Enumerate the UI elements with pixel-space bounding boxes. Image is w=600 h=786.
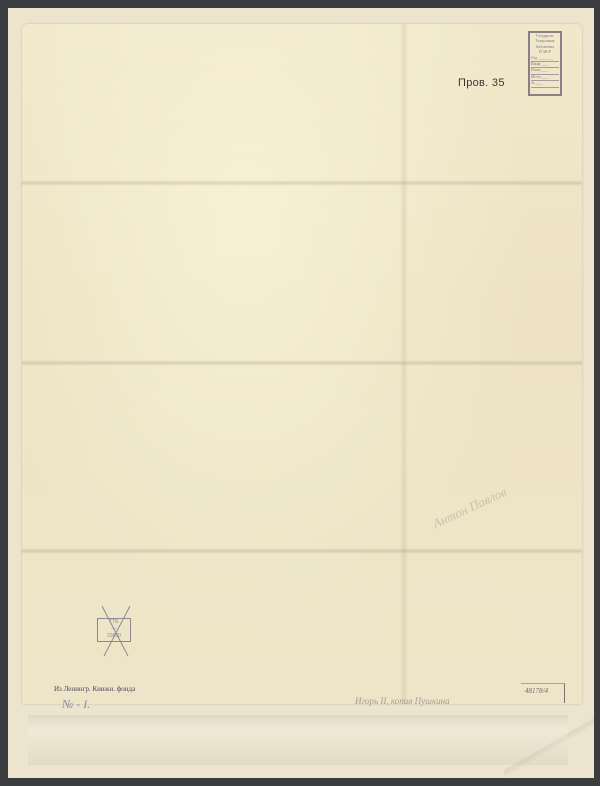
backing-bottom-strip bbox=[28, 715, 568, 765]
fold-line bbox=[22, 360, 582, 366]
vertical-fold bbox=[400, 24, 408, 704]
handwritten-note: № - I. bbox=[62, 697, 90, 712]
inventory-number: 48178/4 bbox=[521, 683, 565, 703]
fold-line bbox=[22, 548, 582, 554]
fold-line bbox=[22, 180, 582, 186]
cross-out-mark-icon bbox=[98, 604, 134, 658]
document-sheet bbox=[22, 24, 582, 704]
library-stamp: Государств. Театральная Библиотека РСФСР… bbox=[528, 31, 562, 96]
stamp-line: № ____ bbox=[531, 81, 559, 87]
pencil-reference: Пров. 35 bbox=[458, 77, 505, 89]
handwritten-note-bottom: Игорь II, копия Пушкина bbox=[355, 696, 450, 706]
collection-stamp: Из Ленингр. Книжн. фонда bbox=[54, 685, 135, 693]
